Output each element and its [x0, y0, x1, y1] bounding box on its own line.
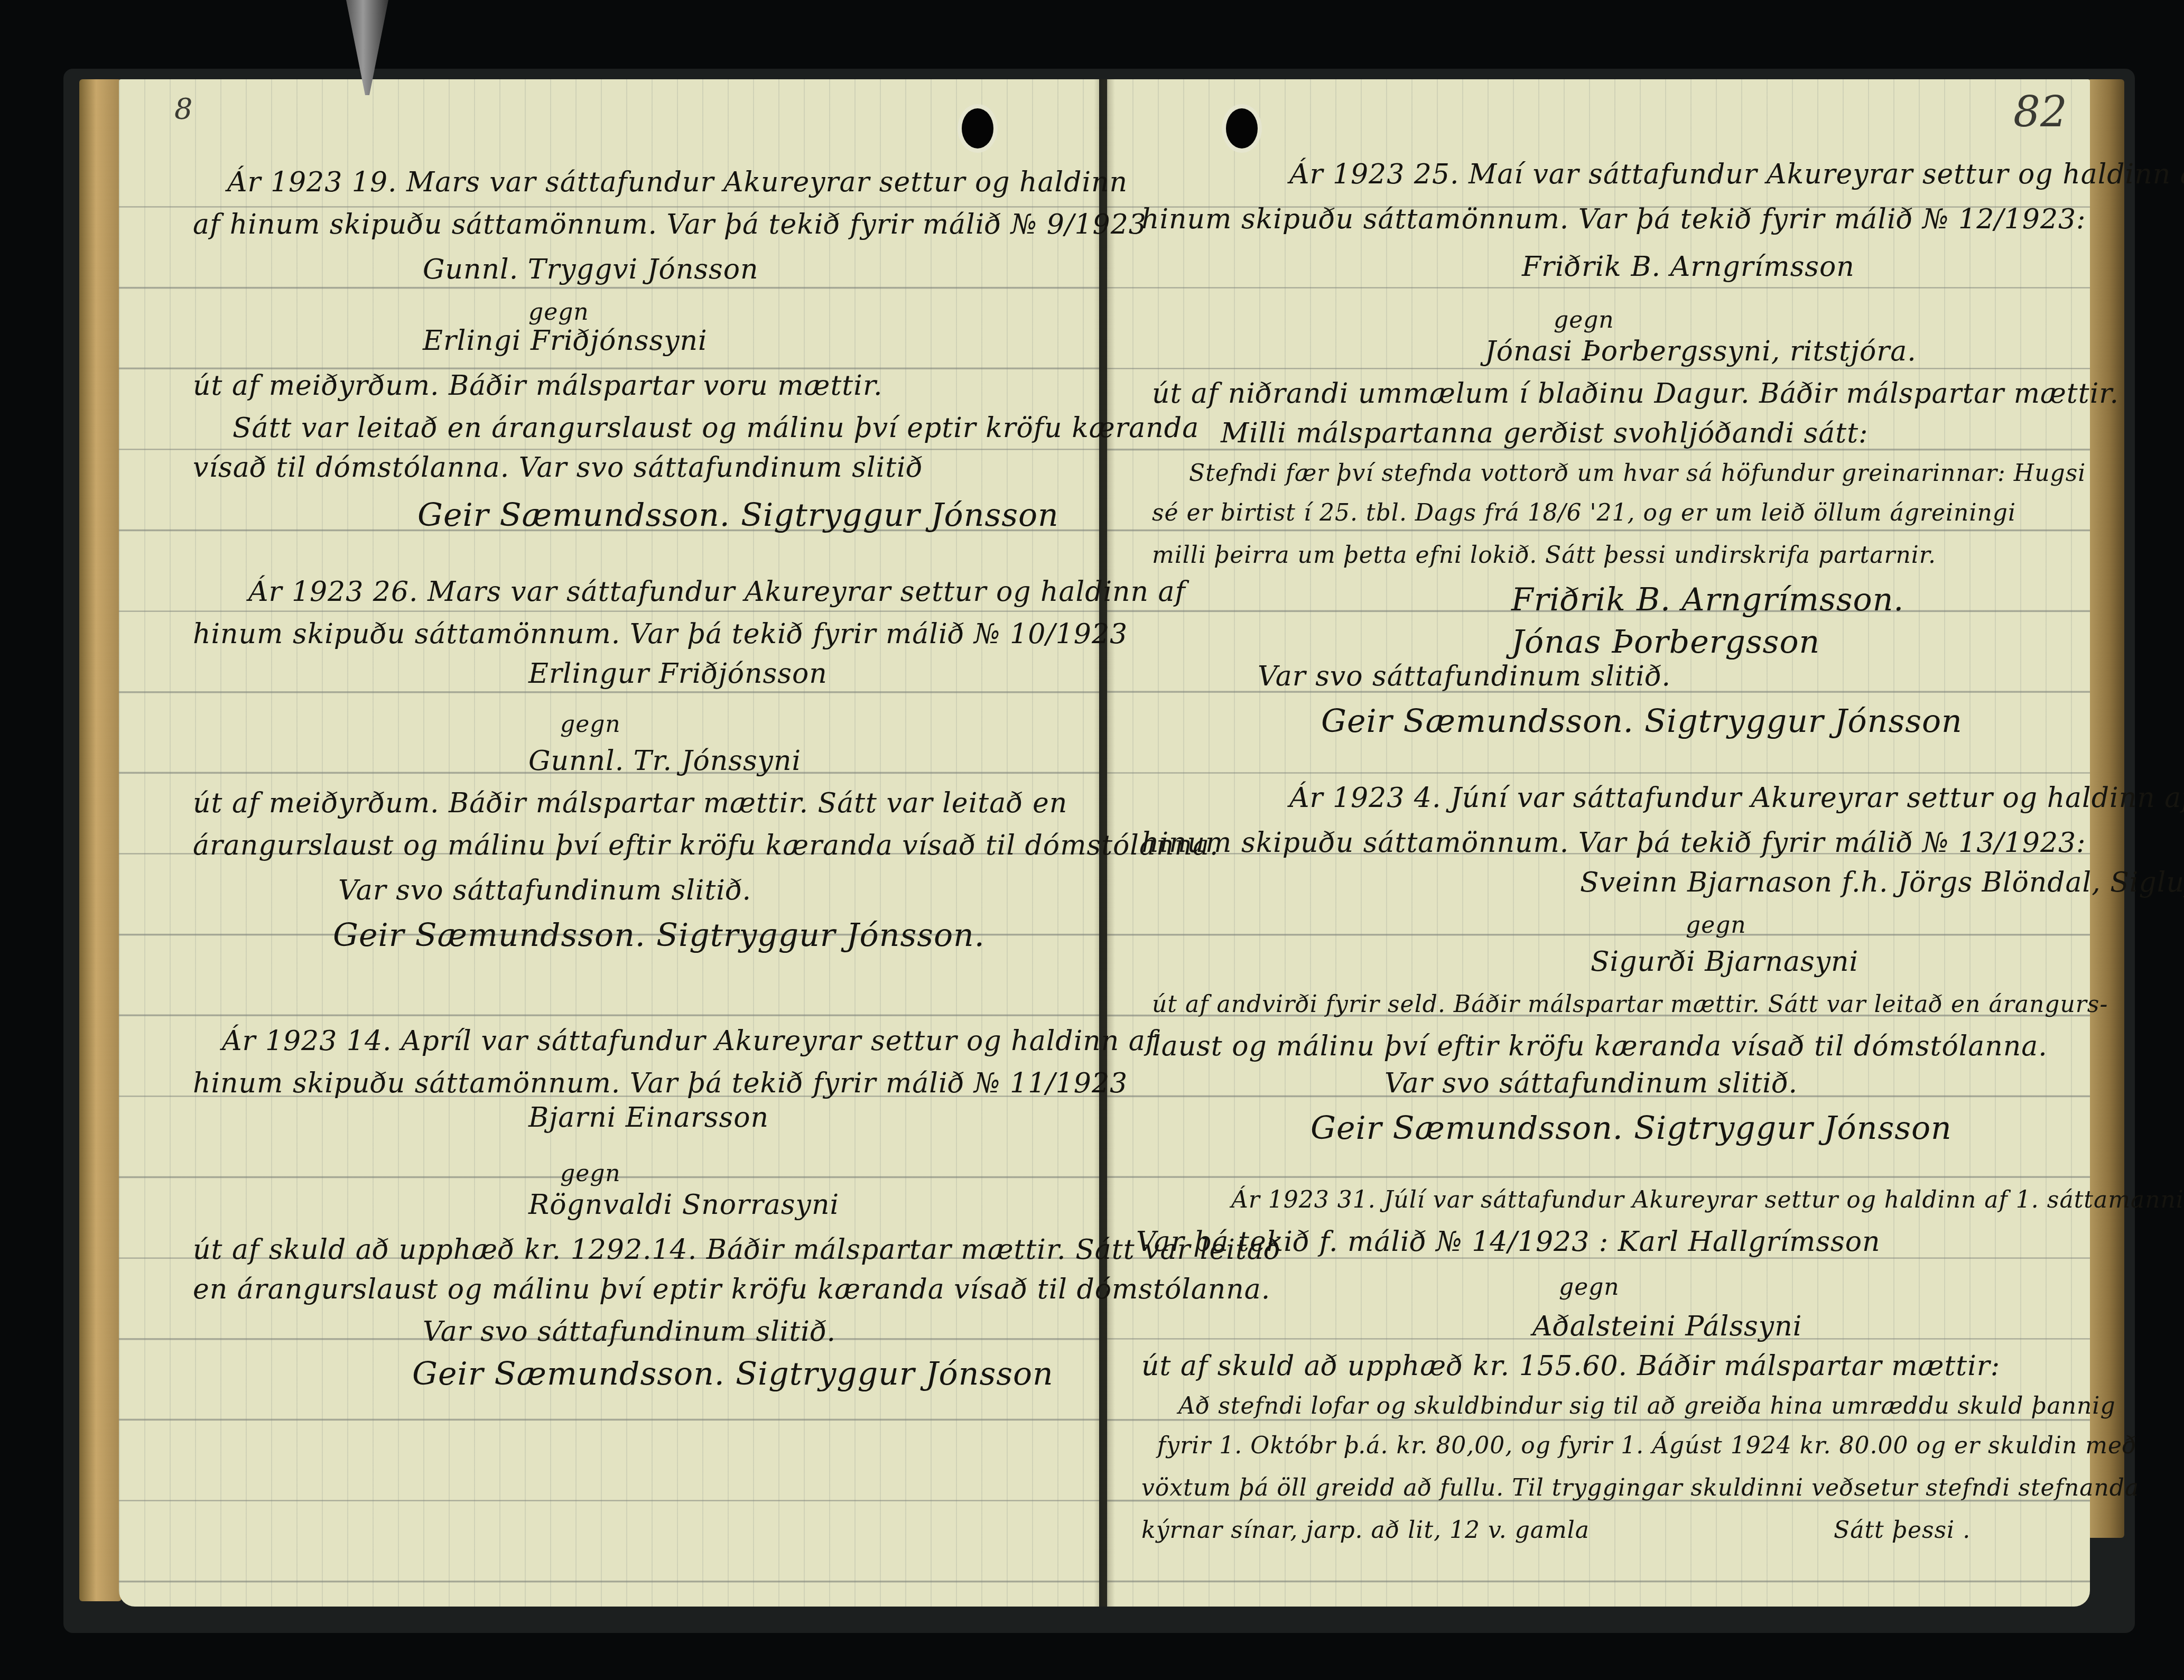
- defendant-name: Rögnvaldi Snorrasyni: [528, 1189, 839, 1221]
- entry-line: út af meiðyrðum. Báðir málspartar mættir…: [193, 787, 1067, 819]
- versus-label: gegn: [1559, 1274, 1620, 1301]
- entry-line: Stefndi fær því stefnda vottorð um hvar …: [1189, 460, 2086, 487]
- entry-line: Ár 1923 14. Apríl var sáttafundur Akurey…: [222, 1025, 1156, 1057]
- entry-line: árangurslaust og málinu því eftir kröfu …: [193, 830, 1219, 861]
- punch-hole-left: [962, 108, 993, 148]
- entry-line: Var svo sáttafundinum slitið.: [423, 1316, 836, 1348]
- entry-line: Ár 1923 31. Júlí var sáttafundur Akureyr…: [1231, 1186, 2184, 1213]
- defendant-name: Jónasi Þorbergssyni, ritstjóra.: [1485, 336, 1917, 367]
- plaintiff-name: Sveinn Bjarnason f.h. Jörgs Blöndal, Sig…: [1580, 867, 2184, 898]
- entry-line: Ár 1923 4. Júní var sáttafundur Akureyra…: [1289, 782, 2184, 814]
- entry-line: milli þeirra um þetta efni lokið. Sátt þ…: [1152, 542, 1936, 569]
- entry-line: af hinum skipuðu sáttamönnum. Var þá tek…: [193, 209, 1147, 240]
- entry-line: Var svo sáttafundinum slitið.: [1258, 661, 1671, 692]
- versus-label: gegn: [528, 299, 589, 326]
- entry-line: út af meiðyrðum. Báðir málspartar voru m…: [193, 370, 883, 402]
- entry-line: en árangurslaust og málinu því eptir krö…: [193, 1274, 1270, 1305]
- plaintiff-name: Bjarni Einarsson: [528, 1102, 769, 1134]
- defendant-name: Sigurði Bjarnasyni: [1591, 946, 1858, 978]
- party-signature: Jónas Þorbergsson: [1511, 624, 1820, 661]
- defendant-name: Aðalsteini Pálssyni: [1532, 1311, 1802, 1342]
- entry-line: Var svo sáttafundinum slitið.: [1384, 1068, 1798, 1099]
- entry-line: hinum skipuðu sáttamönnum. Var þá tekið …: [1141, 827, 2086, 859]
- entry-line: Sátt var leitað en árangurslaust og máli…: [233, 412, 1199, 444]
- versus-label: gegn: [1686, 912, 1746, 939]
- versus-label: gegn: [1554, 307, 1614, 333]
- entry-line: sé er birtist í 25. tbl. Dags frá 18/6 '…: [1152, 499, 2016, 526]
- plaintiff-name: Erlingur Friðjónsson: [528, 658, 828, 690]
- entry-line: Ár 1923 25. Maí var sáttafundur Akureyra…: [1289, 159, 2184, 190]
- entry-line: kýrnar sínar, jarp. að lit, 12 v. gamla: [1141, 1517, 1590, 1544]
- entry-line: út af skuld að upphæð kr. 155.60. Báðir …: [1141, 1350, 2000, 1382]
- entry-line: hinum skipuðu sáttamönnum. Var þá tekið …: [193, 618, 1128, 650]
- entry-line: Sátt þessi .: [1834, 1517, 1971, 1544]
- punch-hole-right: [1226, 108, 1258, 148]
- plaintiff-name: Gunnl. Tryggvi Jónsson: [423, 254, 759, 285]
- entry-line: fyrir 1. Októbr þ.á. kr. 80,00, og fyrir…: [1157, 1432, 2137, 1459]
- signatures: Geir Sæmundsson. Sigtryggur Jónsson: [1311, 1110, 1952, 1147]
- entry-line: út af skuld að upphæð kr. 1292.14. Báðir…: [193, 1234, 1281, 1266]
- plaintiff-name: Friðrik B. Arngrímsson: [1522, 251, 1855, 283]
- defendant-name: Gunnl. Tr. Jónssyni: [528, 745, 801, 777]
- signatures: Geir Sæmundsson. Sigtryggur Jónsson.: [333, 917, 985, 954]
- versus-label: gegn: [560, 711, 621, 738]
- entry-line: Var svo sáttafundinum slitið.: [338, 875, 751, 906]
- party-signature: Friðrik B. Arngrímsson.: [1511, 581, 1904, 618]
- entry-line: vöxtum þá öll greidd að fullu. Til trygg…: [1141, 1474, 2139, 1501]
- page-number-right: 82: [2013, 87, 2067, 136]
- defendant-name: Erlingi Friðjónssyni: [423, 325, 708, 357]
- signatures: Geir Sæmundsson. Sigtryggur Jónsson: [417, 497, 1059, 534]
- entry-line: vísað til dómstólanna. Var svo sáttafund…: [193, 452, 923, 484]
- entry-line: Að stefndi lofar og skuldbindur sig til …: [1178, 1393, 2116, 1419]
- page-number-left: 8: [174, 92, 192, 126]
- entry-line: laust og málinu því eftir kröfu kæranda …: [1152, 1031, 2048, 1062]
- entry-line: Var þá tekið f. málið № 14/1923 : Karl H…: [1136, 1226, 1881, 1258]
- entry-line: út af niðrandi ummælum í blaðinu Dagur. …: [1152, 378, 2119, 410]
- signatures: Geir Sæmundsson. Sigtryggur Jónsson: [412, 1356, 1054, 1393]
- signatures: Geir Sæmundsson. Sigtryggur Jónsson: [1321, 703, 1963, 740]
- entry-line: Milli málspartanna gerðist svohljóðandi …: [1221, 417, 1869, 449]
- entry-line: Ár 1923 26. Mars var sáttafundur Akureyr…: [248, 576, 1186, 608]
- entry-line: hinum skipuðu sáttamönnum. Var þá tekið …: [1141, 203, 2086, 235]
- entry-line: út af andvirði fyrir seld. Báðir málspar…: [1152, 991, 2108, 1018]
- entry-line: hinum skipuðu sáttamönnum. Var þá tekið …: [193, 1068, 1128, 1099]
- entry-line: Ár 1923 19. Mars var sáttafundur Akureyr…: [227, 166, 1128, 198]
- versus-label: gegn: [560, 1160, 621, 1187]
- page-edges-left: [79, 79, 122, 1601]
